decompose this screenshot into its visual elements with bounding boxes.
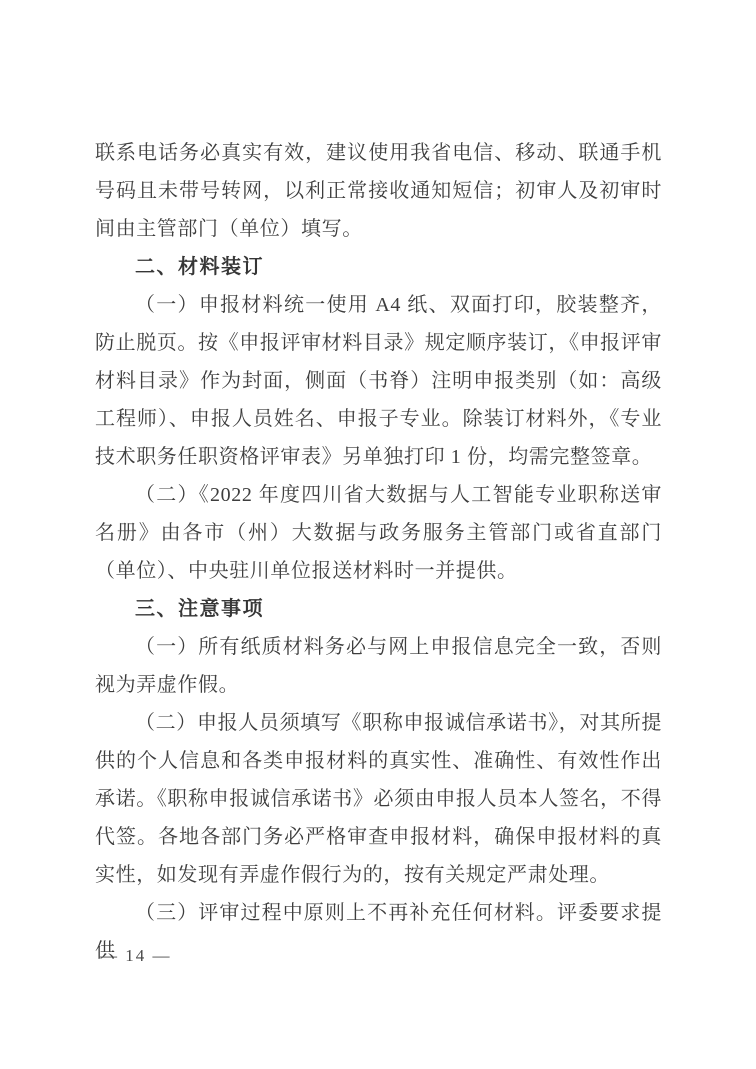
- paragraph-notes-item-3: （三）评审过程中原则上不再补充任何材料。评委要求提供: [95, 894, 662, 970]
- paragraph-contact-phone-note: 联系电话务必真实有效，建议使用我省电信、移动、联通手机号码且未带号转网，以利正常…: [95, 134, 662, 248]
- paragraph-notes-item-1: （一）所有纸质材料务必与网上申报信息完全一致，否则视为弄虚作假。: [95, 628, 662, 704]
- section-heading-material-binding: 二、材料装订: [95, 248, 662, 286]
- page-number: — 14 —: [100, 944, 172, 968]
- paragraph-binding-item-1: （一）申报材料统一使用 A4 纸、双面打印，胶装整齐，防止脱页。按《申报评审材料…: [95, 286, 662, 476]
- document-body: 联系电话务必真实有效，建议使用我省电信、移动、联通手机号码且未带号转网，以利正常…: [95, 134, 662, 970]
- paragraph-notes-item-2: （二）申报人员须填写《职称申报诚信承诺书》，对其所提供的个人信息和各类申报材料的…: [95, 704, 662, 894]
- section-heading-notes: 三、注意事项: [95, 590, 662, 628]
- document-page: 联系电话务必真实有效，建议使用我省电信、移动、联通手机号码且未带号转网，以利正常…: [0, 0, 756, 1069]
- paragraph-binding-item-2: （二）《2022 年度四川省大数据与人工智能专业职称送审名册》由各市（州）大数据…: [95, 476, 662, 590]
